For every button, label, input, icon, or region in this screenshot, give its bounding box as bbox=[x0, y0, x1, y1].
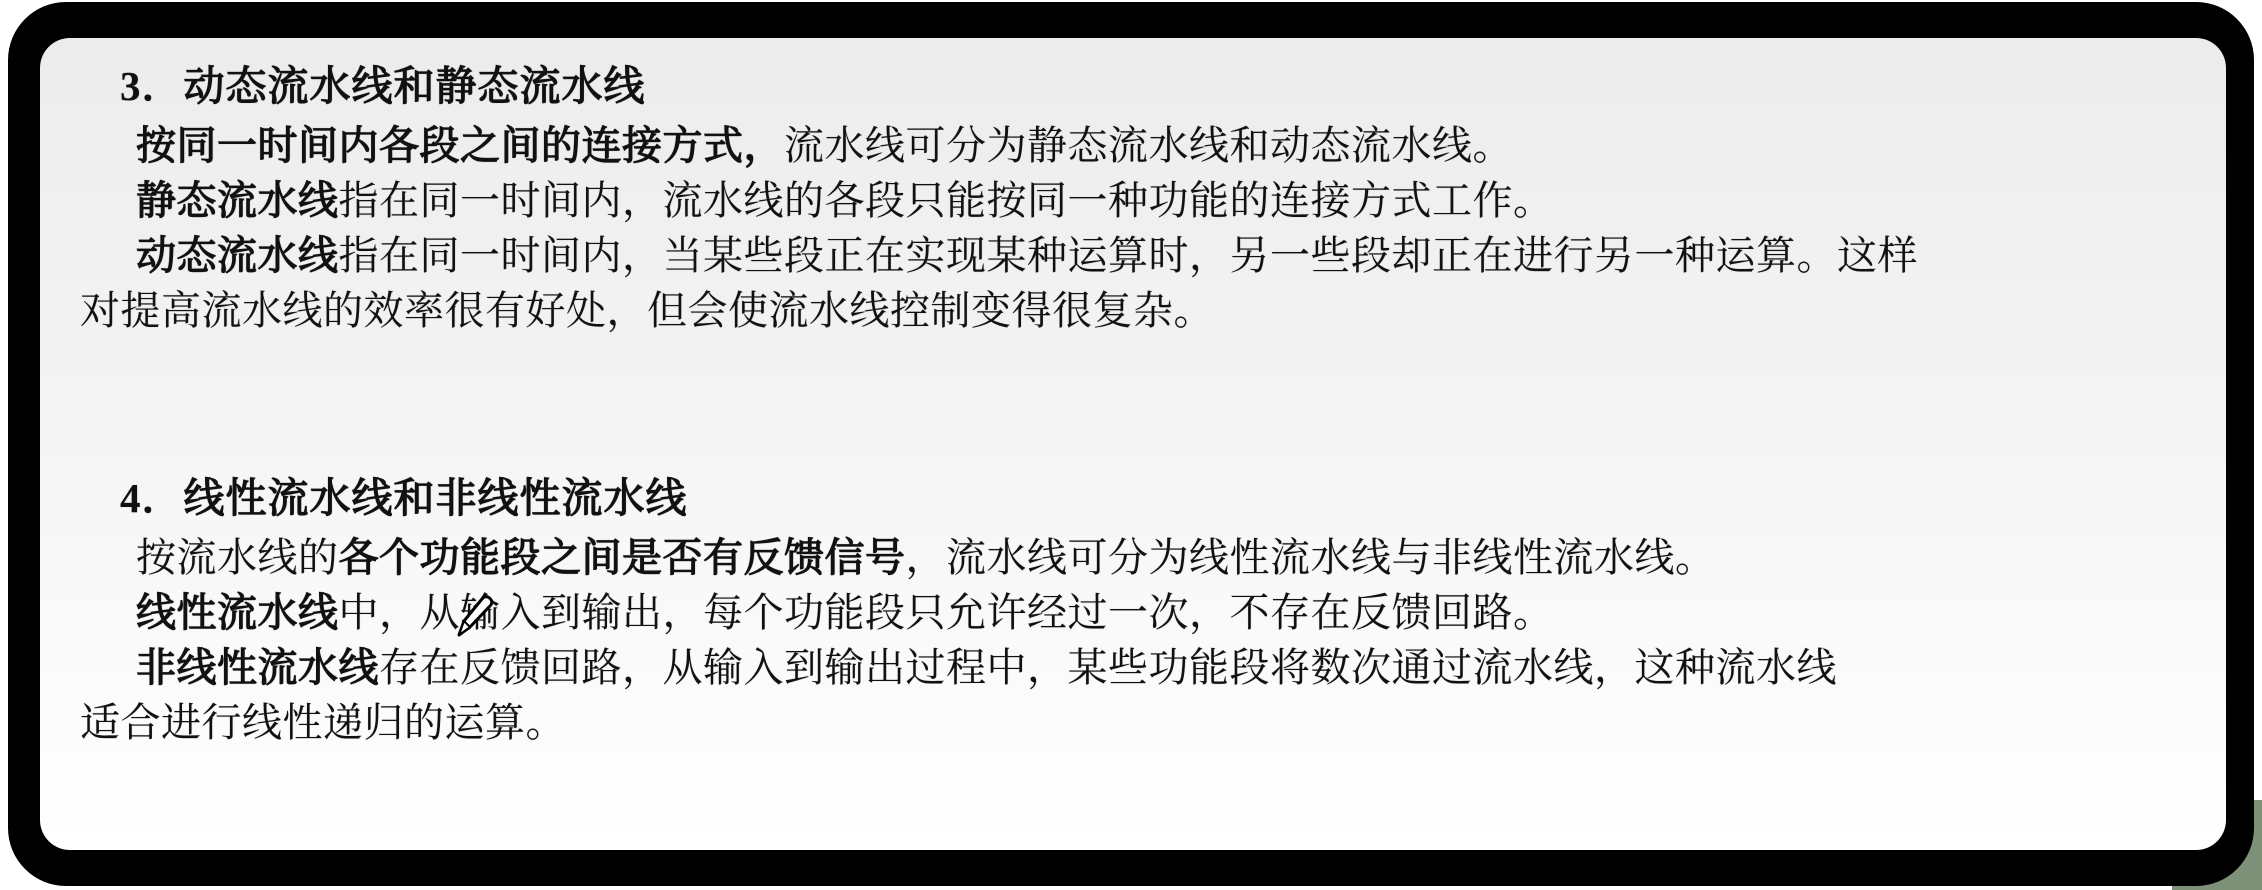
text-run: 指在同一时间内，流水线的各段只能按同一种功能的连接方式工作。 bbox=[339, 178, 1554, 223]
text-run-bold: 非线性流水线 bbox=[136, 645, 379, 690]
pen-cursor-icon bbox=[452, 592, 494, 640]
text-run: 对提高流水线的效率很有好处，但会使流水线控制变得很复杂。 bbox=[80, 288, 1214, 333]
text-run-bold: 各个功能段之间是否有反馈信号 bbox=[339, 535, 906, 580]
text-run: 适合进行线性递归的运算。 bbox=[80, 700, 566, 745]
slide-frame: 3．动态流水线和静态流水线 按同一时间内各段之间的连接方式，流水线可分为静态流水… bbox=[8, 2, 2254, 886]
text-run: 按流水线的 bbox=[136, 535, 339, 580]
section-heading: 3．动态流水线和静态流水线 bbox=[80, 54, 2186, 118]
text-line: 动态流水线指在同一时间内，当某些段正在实现某种运算时，另一些段却正在进行另一种运… bbox=[80, 228, 2186, 283]
section-dynamic-static-pipeline: 3．动态流水线和静态流水线 按同一时间内各段之间的连接方式，流水线可分为静态流水… bbox=[80, 54, 2186, 338]
text-run: 存在反馈回路，从输入到输出过程中，某些功能段将数次通过流水线，这种流水线 bbox=[379, 645, 1837, 690]
slide-canvas: 3．动态流水线和静态流水线 按同一时间内各段之间的连接方式，流水线可分为静态流水… bbox=[40, 38, 2226, 850]
text-run: 流水线可分为静态流水线和动态流水线。 bbox=[784, 123, 1513, 168]
text-line: 按同一时间内各段之间的连接方式，流水线可分为静态流水线和动态流水线。 bbox=[80, 118, 2186, 173]
text-line: 对提高流水线的效率很有好处，但会使流水线控制变得很复杂。 bbox=[80, 283, 2186, 338]
text-run-bold: 线性流水线 bbox=[136, 590, 339, 635]
text-run-bold: 按同一时间内各段之间的连接方式， bbox=[136, 123, 784, 168]
section-linear-nonlinear-pipeline: 4．线性流水线和非线性流水线 按流水线的各个功能段之间是否有反馈信号，流水线可分… bbox=[80, 466, 2186, 750]
section-heading: 4．线性流水线和非线性流水线 bbox=[80, 466, 2186, 530]
text-line: 适合进行线性递归的运算。 bbox=[80, 695, 2186, 750]
text-run-bold: 静态流水线 bbox=[136, 178, 339, 223]
text-run: 指在同一时间内，当某些段正在实现某种运算时，另一些段却正在进行另一种运算。这样 bbox=[339, 233, 1919, 278]
text-run-bold: 动态流水线 bbox=[136, 233, 339, 278]
presentation-view: 3．动态流水线和静态流水线 按同一时间内各段之间的连接方式，流水线可分为静态流水… bbox=[0, 0, 2262, 890]
text-run: ，流水线可分为线性流水线与非线性流水线。 bbox=[906, 535, 1716, 580]
text-line: 非线性流水线存在反馈回路，从输入到输出过程中，某些功能段将数次通过流水线，这种流… bbox=[80, 640, 2186, 695]
text-line: 按流水线的各个功能段之间是否有反馈信号，流水线可分为线性流水线与非线性流水线。 bbox=[80, 530, 2186, 585]
text-line: 静态流水线指在同一时间内，流水线的各段只能按同一种功能的连接方式工作。 bbox=[80, 173, 2186, 228]
text-line: 线性流水线中，从输入到输出，每个功能段只允许经过一次，不存在反馈回路。 bbox=[80, 585, 2186, 640]
text-run: 中，从输入到输出，每个功能段只允许经过一次，不存在反馈回路。 bbox=[339, 590, 1554, 635]
